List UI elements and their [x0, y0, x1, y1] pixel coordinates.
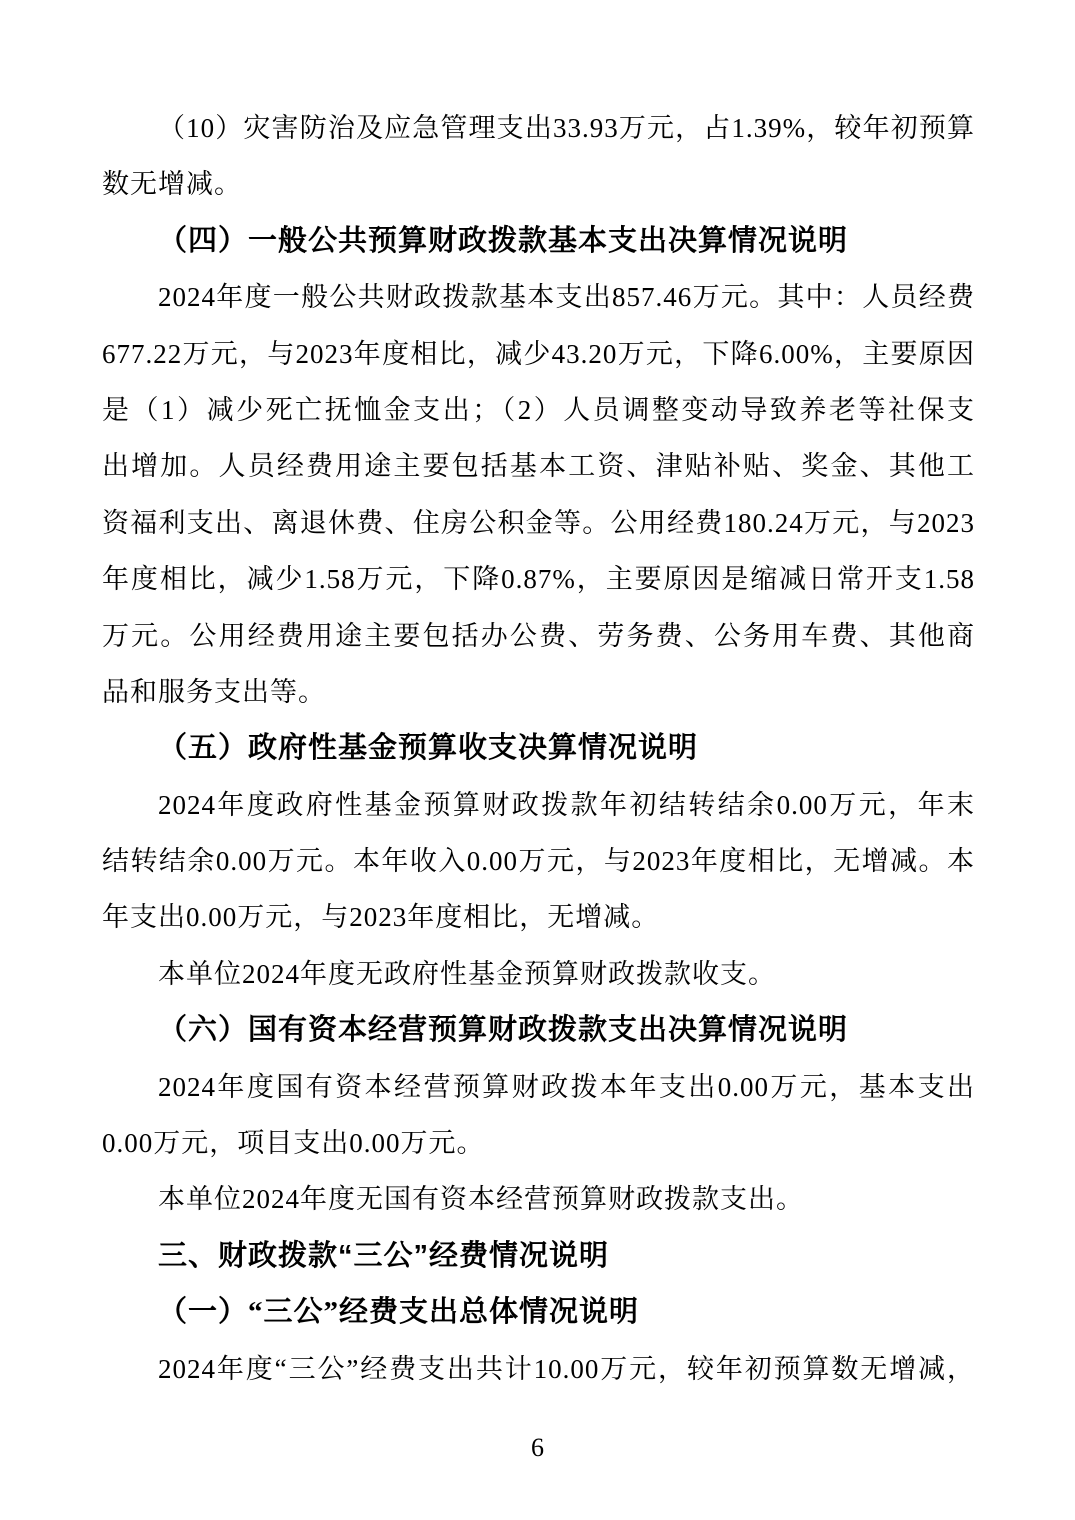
heading-section4-basic-expenditure: （四）一般公共预算财政拨款基本支出决算情况说明	[102, 213, 975, 269]
text-line: 资福利支出、离退休费、住房公积金等。公用经费180.24万元，与2023	[102, 495, 975, 551]
para-basic-expenditure-detail: 2024年度一般公共财政拨款基本支出857.46万元。其中：人员经费677.22…	[102, 269, 975, 720]
text-line: 年度相比，减少1.58万元，下降0.87%，主要原因是缩减日常开支1.58	[102, 551, 975, 607]
text-line: 2024年度国有资本经营预算财政拨本年支出0.00万元，基本支出	[102, 1059, 975, 1115]
text-line: 本单位2024年度无国有资本经营预算财政拨款支出。	[102, 1171, 975, 1227]
text-line: 数无增减。	[102, 156, 975, 212]
heading-section6-state-capital: （六）国有资本经营预算财政拨款支出决算情况说明	[102, 1002, 975, 1058]
text-line: （10）灾害防治及应急管理支出33.93万元，占1.39%，较年初预算	[102, 100, 975, 156]
text-line: 2024年度政府性基金预算财政拨款年初结转结余0.00万元，年末	[102, 777, 975, 833]
text-line: 出增加。人员经费用途主要包括基本工资、津贴补贴、奖金、其他工	[102, 438, 975, 494]
text-line: 万元。公用经费用途主要包括办公费、劳务费、公务用车费、其他商	[102, 608, 975, 664]
text-line: 0.00万元，项目支出0.00万元。	[102, 1115, 975, 1171]
para-item10-disaster-expenditure: （10）灾害防治及应急管理支出33.93万元，占1.39%，较年初预算数无增减。	[102, 100, 975, 213]
para-gov-fund-detail: 2024年度政府性基金预算财政拨款年初结转结余0.00万元，年末结转结余0.00…	[102, 777, 975, 946]
text-line: 677.22万元，与2023年度相比，减少43.20万元，下降6.00%，主要原…	[102, 326, 975, 382]
document-page: （10）灾害防治及应急管理支出33.93万元，占1.39%，较年初预算数无增减。…	[0, 0, 1075, 1520]
text-line: 品和服务支出等。	[102, 664, 975, 720]
text-line: 2024年度“三公”经费支出共计10.00万元，较年初预算数无增减，	[102, 1341, 975, 1397]
text-line: 本单位2024年度无政府性基金预算财政拨款收支。	[102, 946, 975, 1002]
heading-section5-gov-fund: （五）政府性基金预算收支决算情况说明	[102, 720, 975, 776]
text-line: 是（1）减少死亡抚恤金支出；（2）人员调整变动导致养老等社保支	[102, 382, 975, 438]
document-body: （10）灾害防治及应急管理支出33.93万元，占1.39%，较年初预算数无增减。…	[102, 100, 975, 1397]
heading-line: （一）“三公”经费支出总体情况说明	[102, 1284, 975, 1340]
heading-line: 三、财政拨款“三公”经费情况说明	[102, 1228, 975, 1284]
para-state-capital-none: 本单位2024年度无国有资本经营预算财政拨款支出。	[102, 1171, 975, 1227]
para-state-capital-detail: 2024年度国有资本经营预算财政拨本年支出0.00万元，基本支出0.00万元，项…	[102, 1059, 975, 1172]
heading-line: （五）政府性基金预算收支决算情况说明	[102, 720, 975, 776]
para-sangong-total: 2024年度“三公”经费支出共计10.00万元，较年初预算数无增减，	[102, 1341, 975, 1397]
text-line: 结转结余0.00万元。本年收入0.00万元，与2023年度相比，无增减。本	[102, 833, 975, 889]
heading-part3-sangong-funds: 三、财政拨款“三公”经费情况说明	[102, 1228, 975, 1284]
page-number: 6	[0, 1428, 1075, 1468]
heading-line: （四）一般公共预算财政拨款基本支出决算情况说明	[102, 213, 975, 269]
heading-line: （六）国有资本经营预算财政拨款支出决算情况说明	[102, 1002, 975, 1058]
para-gov-fund-none: 本单位2024年度无政府性基金预算财政拨款收支。	[102, 946, 975, 1002]
text-line: 2024年度一般公共财政拨款基本支出857.46万元。其中：人员经费	[102, 269, 975, 325]
text-line: 年支出0.00万元，与2023年度相比，无增减。	[102, 889, 975, 945]
heading-3-1-sangong-overall: （一）“三公”经费支出总体情况说明	[102, 1284, 975, 1340]
